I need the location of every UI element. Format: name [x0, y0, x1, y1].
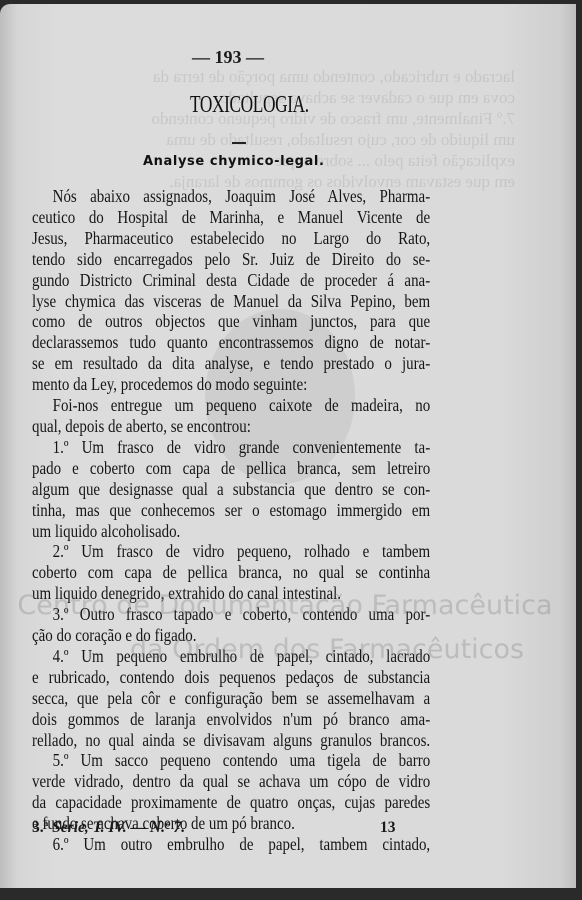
text-line: ceutico do Hospital de Marinha, e Manuel…: [32, 207, 430, 228]
text-line: 2.º Um frasco de vidro pequeno, rolhado …: [32, 541, 430, 562]
text-line: rellado, no qual ainda se divisavam algu…: [32, 730, 430, 751]
text-line: lyse chymica das visceras de Manuel da S…: [32, 291, 430, 312]
text-line: coberto com capa de pellica branca, no q…: [32, 562, 430, 583]
section-title: TOXICOLOGIA.: [190, 92, 291, 119]
text-line: como de outros objectos que vinham junct…: [32, 311, 430, 332]
text-line: 1.º Um frasco de vidro grande convenient…: [32, 437, 430, 458]
text-line: algum que designasse qual a substancia q…: [32, 479, 430, 500]
text-line: tinha, mas que conhecemos ser o estomago…: [32, 500, 430, 521]
text-line: e rubricado, contendo dois pequenos peda…: [32, 667, 430, 688]
show-through-line: um liquido de cor, cujo resultado, resul…: [95, 129, 515, 150]
text-line: tendo sido encarregados pelo Sr. Juiz de…: [32, 249, 430, 270]
text-line: declarassemos tudo quanto encontrassemos…: [32, 332, 430, 353]
text-line: dois gommos de laranja envolvidos n'um p…: [32, 709, 430, 730]
article-subtitle: Analyse chymico-legal.: [143, 154, 325, 169]
text-line: pado e coberto com capa de pellica branc…: [32, 458, 430, 479]
text-line: da capacidade proximamente de quatro onç…: [32, 792, 430, 813]
sheet-number: 13: [380, 819, 396, 837]
text-line: 3.º Outro frasco tapado e coberto, conte…: [32, 604, 430, 625]
show-through-text: lacrado e rubricado, contendo uma porção…: [95, 66, 515, 192]
text-line: um liquido alcoholisado.: [32, 521, 430, 542]
show-through-line: lacrado e rubricado, contendo uma porção…: [95, 66, 515, 87]
series-prefix: 3.ª: [32, 819, 52, 836]
text-line: gundo Districto Criminal desta Cidade de…: [32, 270, 430, 291]
text-line: verde vidrado, dentro da qual se achava …: [32, 771, 430, 792]
title-divider: [232, 142, 246, 144]
document-page: lacrado e rubricado, contendo uma porção…: [0, 4, 576, 894]
body-text: Nós abaixo assignados, Joaquim José Alve…: [32, 186, 430, 855]
page-number: — 193 —: [0, 47, 516, 68]
text-line: um liquido denegrido, extrahido do canal…: [32, 583, 430, 604]
text-line: qual, depois de aberto, se encontrou:: [32, 416, 430, 437]
text-line: Foi-nos entregue um pequeno caixote de m…: [32, 395, 430, 416]
page-footer: 3.ª Serie, T. IV. — N.º 7. 13: [32, 819, 402, 837]
series-label: Serie, T. IV. — N.º 7.: [52, 819, 185, 836]
text-line: mento da Ley, procedemos do modo seguint…: [32, 374, 430, 395]
text-line: Jesus, Pharmaceutico estabelecido no Lar…: [32, 228, 430, 249]
text-line: secca, que pela côr e configuração bem s…: [32, 688, 430, 709]
text-line: ção do coração e do figado.: [32, 625, 430, 646]
text-line: 6.º Um outro embrulho de papel, tambem c…: [32, 834, 430, 855]
text-line: Nós abaixo assignados, Joaquim José Alve…: [32, 186, 430, 207]
text-line: se em resultado da dita analyse, e tendo…: [32, 353, 430, 374]
text-line: 4.º Um pequeno embrulho de papel, cintad…: [32, 646, 430, 667]
text-line: 5.º Um sacco pequeno contendo uma tigela…: [32, 750, 430, 771]
